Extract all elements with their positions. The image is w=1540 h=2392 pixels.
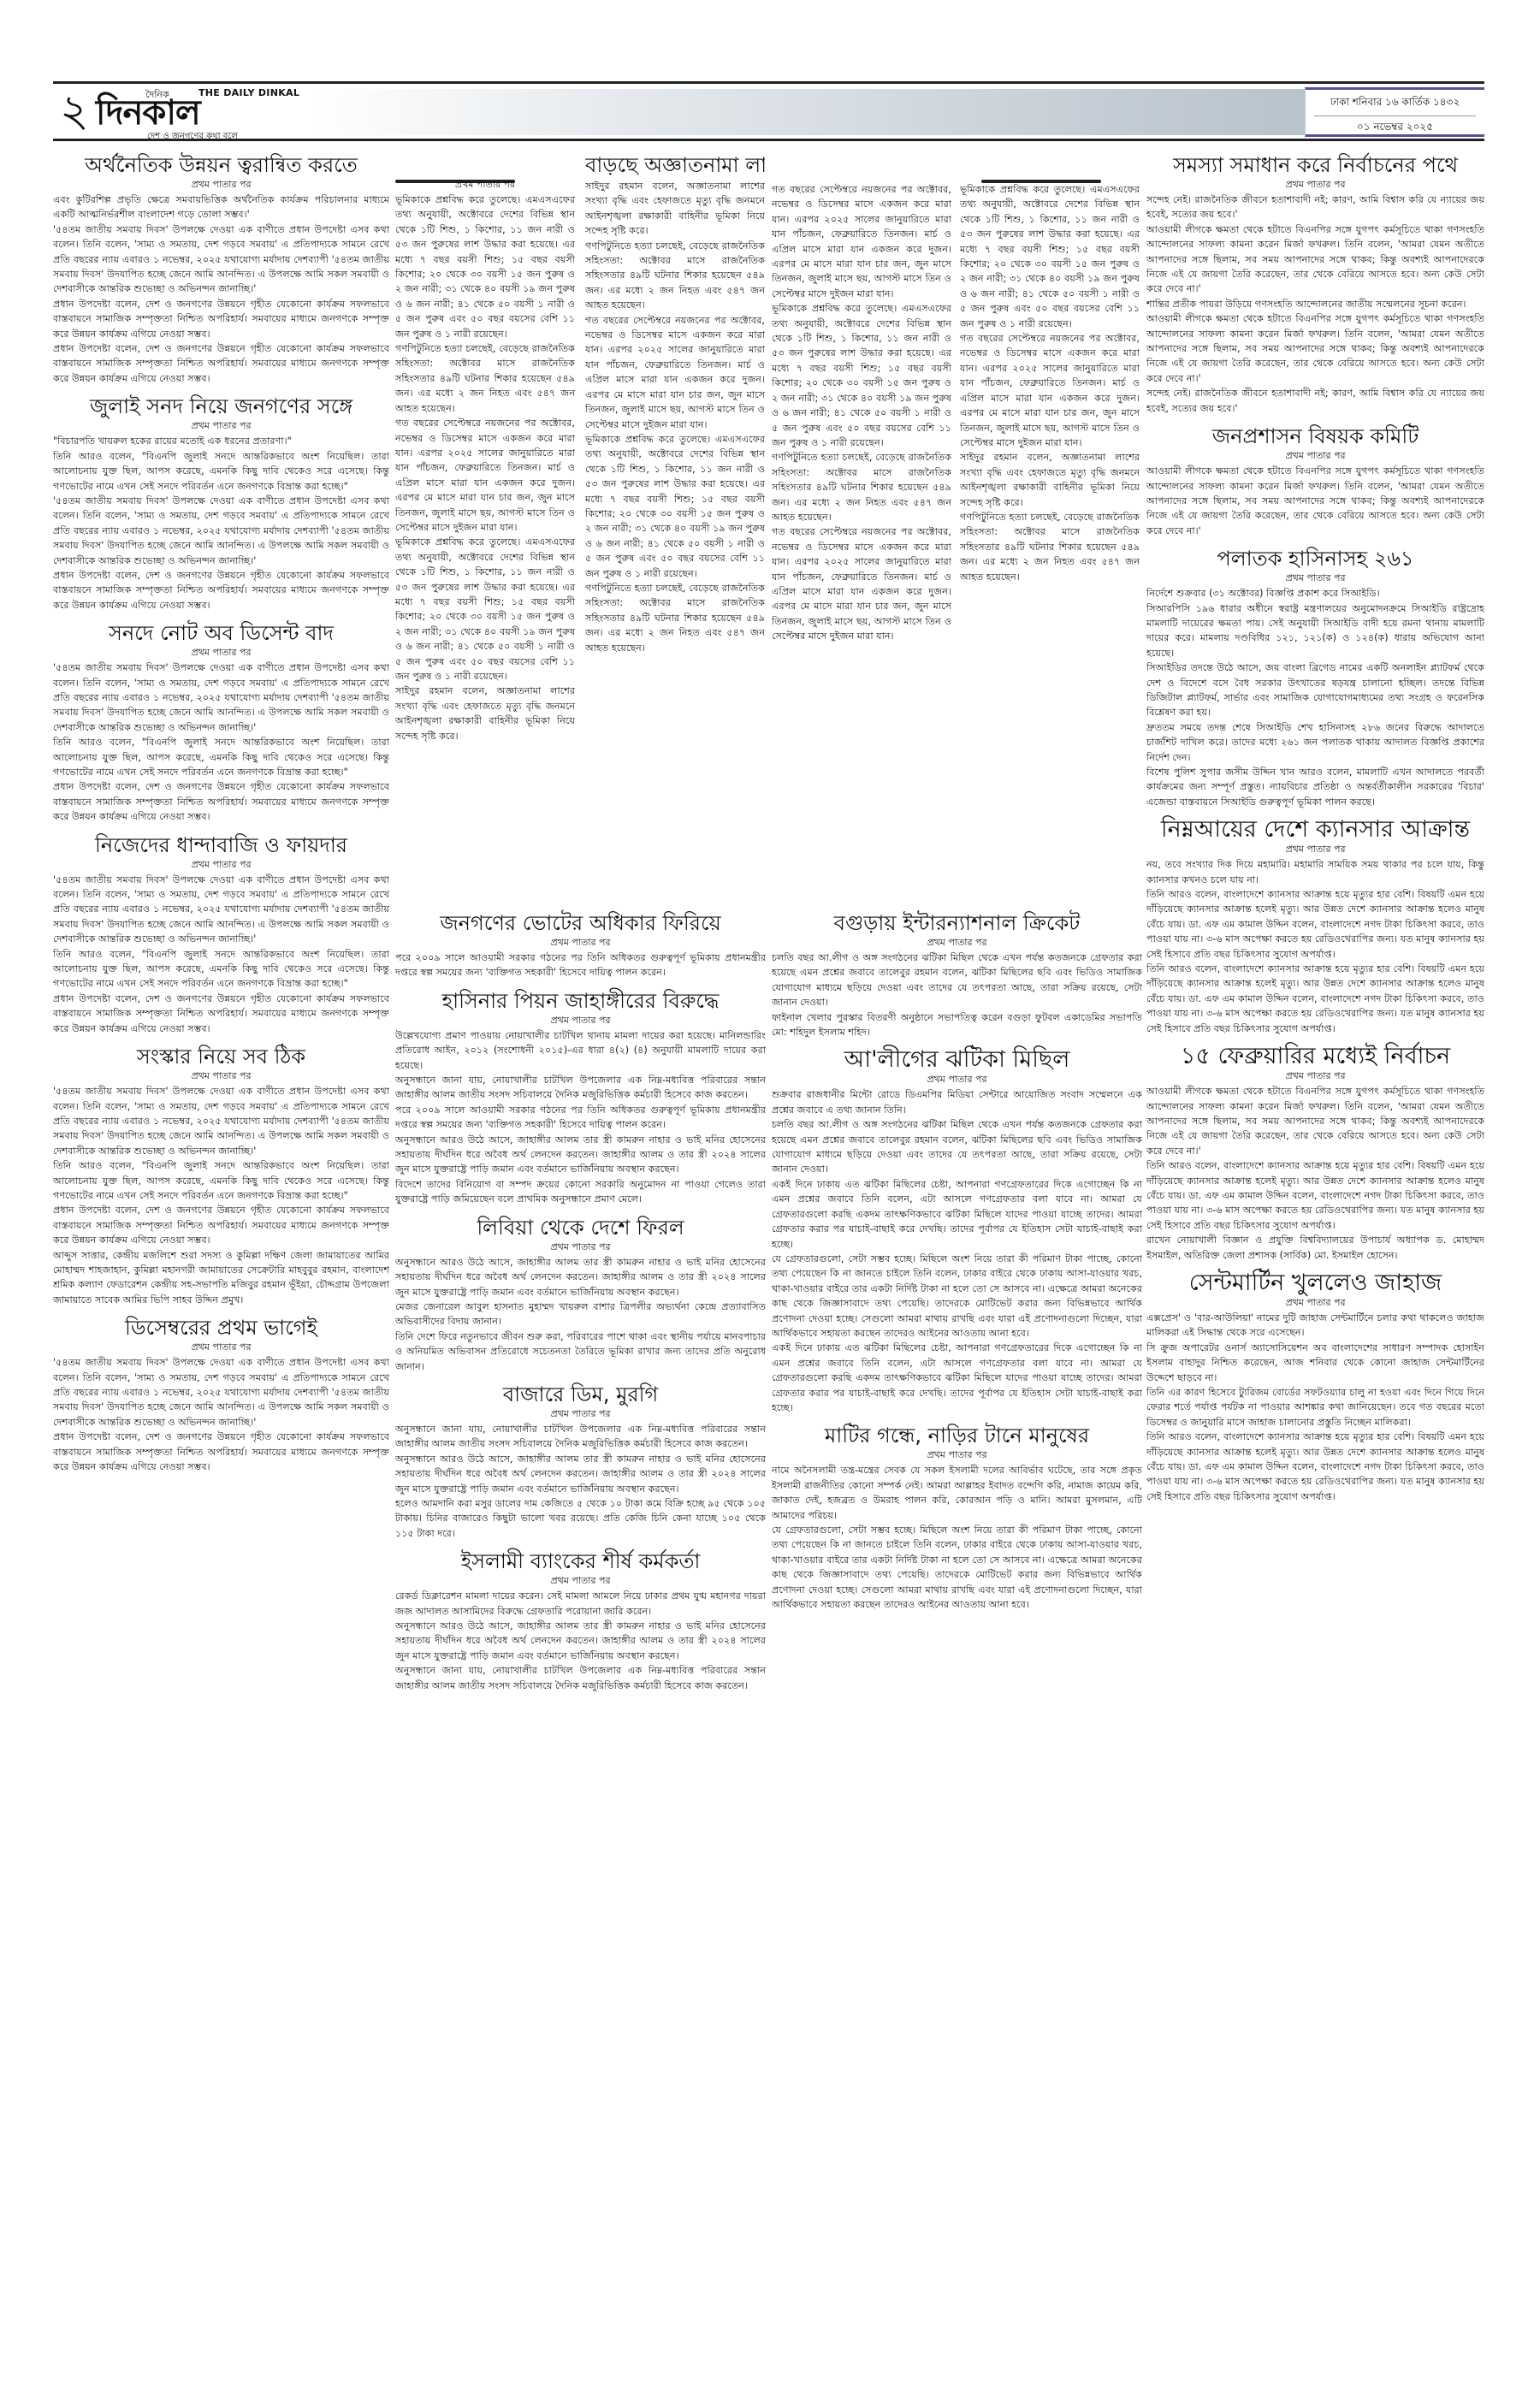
headline-a19: নিম্নআয়ের দেশে ক্যানসার আক্রান্ত (1146, 816, 1484, 844)
column-1: অর্থনৈতিক উন্নয়ন ত্বরান্বিত করতে প্রথম … (53, 151, 389, 2367)
article-paragraph: আওয়ামী লীগকে ক্ষমতা থেকে হটাতে বিএনপির … (1146, 311, 1484, 386)
article-paragraph: অনুসন্ধানে আরও উঠে আসে, জাহাঙ্গীর আলম তা… (395, 1255, 766, 1300)
article-paragraph: তিনি আরও বলেন, বাংলাদেশে ক্যানসার আক্রান… (1146, 887, 1484, 962)
headline-a3: সমস্যা সমাধান করে নির্বাচনের পথে (1146, 151, 1484, 179)
headline-a9: জনগণের ভোটের অধিকার ফিরিয়ে (395, 909, 766, 937)
article-paragraph: তিনি আরও বলেন, "বিএনপি জুলাই সনদে আন্তরি… (53, 449, 389, 494)
article-paragraph: '৫৪তম জাতীয় সমবায় দিবস' উপলক্ষে দেওয়া… (53, 873, 389, 947)
article-paragraph: যে গ্রেফতারগুলো, সেটা সম্ভব হচ্ছে। মিছিল… (772, 1252, 1142, 1341)
masthead: ২ দৈনিক THE DAILY DINKAL দিনকাল দেশ ও জন… (53, 81, 1484, 141)
article-paragraph: তিনি এর কারণ হিসেবে ট্যুরিজম বোর্ডের সফট… (1146, 1385, 1484, 1430)
headline-a13: ইসলামী ব্যাংকের শীর্ষ কর্মকর্তা (395, 1548, 766, 1575)
article-paragraph: গণপিটুনিতে হত্যা চলছেই, বেড়েছে রাজনৈতিক… (395, 341, 575, 416)
article-paragraph: তিনি আরও বলেন, "বিএনপি জুলাই সনদে আন্তরি… (53, 1158, 389, 1203)
headline-a14: বগুড়ায় ইন্টারন্যাশনাল ক্রিকেট (772, 909, 1142, 937)
article-paragraph: রাখেন নোয়াখালী বিজ্ঞান ও প্রযুক্তি বিশ্… (1146, 1233, 1484, 1263)
article-paragraph: গণপিটুনিতে হত্যা চলছেই, বেড়েছে রাজনৈতিক… (960, 510, 1140, 584)
column-2a: প্রথম পাতার পর ভূমিকাকে প্রশ্নবিদ্ধ করে … (395, 151, 575, 870)
page-number: ২ (60, 87, 89, 135)
article-paragraph: রেকর্ড ডিক্লারেশন মামলা দায়ের করেন। সেই… (395, 1589, 766, 1619)
article-paragraph: সাইদুর রহমান বলেন, অজ্ঞাতনামা লাশের সংখ্… (960, 450, 1140, 510)
article-paragraph: এক্সপ্রেস' ও 'বার-আউলিয়া' নামের দুটি জা… (1146, 1311, 1484, 1341)
article-paragraph: তিনি আরও বলেন, বাংলাদেশে ক্যানসার আক্রান… (1146, 1158, 1484, 1233)
article-paragraph: প্রধান উপদেষ্টা বলেন, দেশ ও জনগণের উন্নয… (53, 1203, 389, 1247)
article-paragraph: আওয়ামী লীগকে ক্ষমতা থেকে হটাতে বিএনপির … (1146, 1084, 1484, 1158)
continued-label: প্রথম পাতার পর (53, 647, 389, 659)
column-3a: গত বছরের সেপ্টেম্বরে নয়জনের পর অক্টোবর,… (772, 182, 951, 901)
article-paragraph: প্রধান উপদেষ্টা বলেন, দেশ ও জনগণের উন্নয… (53, 568, 389, 613)
article-paragraph: প্রধান উপদেষ্টা বলেন, দেশ ও জনগণের উন্নয… (53, 1430, 389, 1474)
article-paragraph: অনুসন্ধানে জানা যায়, নোয়াখালীর চাটখিল … (395, 1073, 766, 1103)
article-paragraph: ভূমিকাকে প্রশ্নবিদ্ধ করে তুলেছে। এমএসএফে… (395, 192, 575, 341)
article-paragraph: গত বছরের সেপ্টেম্বরে নয়জনের পর অক্টোবর,… (960, 331, 1140, 450)
headline-a10: হাসিনার পিয়ন জাহাঙ্গীরের বিরুদ্ধে (395, 987, 766, 1015)
headline-a18: পলাতক হাসিনাসহ ২৬১ (1146, 545, 1484, 572)
article-paragraph: সন্দেহ নেই। রাজনৈতিক জীবনে হতাশাবাদী নই;… (1146, 386, 1484, 416)
headline-a2: বাড়ছে অজ্ঞাতনামা লাশ (585, 151, 765, 179)
continued-label: প্রথম পাতার পর (1146, 844, 1484, 856)
article-paragraph: মেজর জেনারেল আবুল হাসনাত মুহাম্মদ খায়রু… (395, 1300, 766, 1329)
continued-label: প্রথম পাতার পর (1146, 572, 1484, 584)
article-paragraph: শুক্রবার রাজধানীর মিন্টো রোডে ডিএমপির মি… (772, 1087, 1142, 1117)
article-paragraph: একই দিনে ঢাকায় এত ঝটিকা মিছিলের চেষ্টা,… (772, 1177, 1142, 1252)
article-paragraph: সি ক্রুজ অপারেটর ওনার্স অ্যাসোসিয়েশন অব… (1146, 1341, 1484, 1385)
article-paragraph: তিনি আরও বলেন, "বিএনপি জুলাই সনদে আন্তরি… (53, 735, 389, 779)
article-paragraph: প্রধান উপদেষ্টা বলেন, দেশ ও জনগণের উন্নয… (53, 779, 389, 824)
article-paragraph: সন্দেহ নেই। রাজনৈতিক জীবনে হতাশাবাদী নই;… (1146, 192, 1484, 222)
continued-label: প্রথম পাতার পর (1146, 1297, 1484, 1309)
headline-a6: নিজেদের ধান্দাবাজি ও ফায়দার (53, 832, 389, 859)
article-paragraph: '৫৪তম জাতীয় সমবায় দিবস' উপলক্ষে দেওয়া… (53, 660, 389, 735)
article-paragraph: আওয়ামী লীগকে ক্ষমতা থেকে হটাতে বিএনপির … (1146, 464, 1484, 538)
headline-a8: ডিসেম্বরের প্রথম ভাগেই (53, 1314, 389, 1341)
continued-label: প্রথম পাতার পর (772, 937, 1142, 949)
newspaper-logo: দৈনিক THE DAILY DINKAL দিনকাল দেশ ও জনগণ… (96, 86, 318, 140)
article-paragraph: গত বছরের সেপ্টেম্বরে নয়জনের পর অক্টোবর,… (585, 313, 765, 432)
article-paragraph: নির্দেশে শুক্রবার (৩১ অক্টোবর) বিজ্ঞপ্তি… (1146, 586, 1484, 601)
article-paragraph: একই দিনে ঢাকায় এত ঝটিকা মিছিলের চেষ্টা,… (772, 1341, 1142, 1415)
article-paragraph: গত বছরের সেপ্টেম্বরে নয়জনের পর অক্টোবর,… (395, 416, 575, 535)
article-paragraph: '৫৪তম জাতীয় সমবায় দিবস' উপলক্ষে দেওয়া… (53, 222, 389, 297)
logo-name: দিনকাল (96, 94, 200, 132)
article-paragraph: ভূমিকাকে প্রশ্নবিদ্ধ করে তুলেছে। এমএসএফে… (772, 301, 951, 450)
article-paragraph: '৫৪তম জাতীয় সমবায় দিবস' উপলক্ষে দেওয়া… (53, 494, 389, 568)
article-paragraph: অনুসন্ধানে আরও উঠে আসে, জাহাঙ্গীর আলম তা… (395, 1619, 766, 1663)
headline-a17: জনপ্রশাসন বিষয়ক কমিটি (1146, 423, 1484, 450)
article-paragraph: ভূমিকাকে প্রশ্নবিদ্ধ করে তুলেছে। এমএসএফে… (395, 535, 575, 684)
article-paragraph: বিদেশে তাদের বিনিয়োগ বা সম্পদ ক্রয়ের ক… (395, 1177, 766, 1207)
column-2b: বাড়ছে অজ্ঞাতনামা লাশ সাইদুর রহমান বলেন,… (585, 151, 765, 870)
article-paragraph: উল্লেখযোগ্য প্রমাণ পাওয়ায় নোয়াখালীর চ… (395, 1028, 766, 1073)
column-2-lower: জনগণের ভোটের অধিকার ফিরিয়ে প্রথম পাতার … (395, 903, 766, 2370)
continued-label: প্রথম পাতার পর (1146, 1070, 1484, 1082)
article-paragraph: অনুসন্ধানে জানা যায়, নোয়াখালীর চাটখিল … (395, 1663, 766, 1693)
article-paragraph: গণপিটুনিতে হত্যা চলছেই, বেড়েছে রাজনৈতিক… (585, 239, 765, 313)
article-paragraph: ফাইনাল খেলার পুরস্কার বিতরণী অনুষ্ঠানে স… (772, 1010, 1142, 1040)
headline-a5: সনদে নোট অব ডিসেন্ট বাদ (53, 619, 389, 647)
article-paragraph: '৫৪তম জাতীয় সমবায় দিবস' উপলক্ষে দেওয়া… (53, 1084, 389, 1158)
date-box: ঢাকা শনিবার ১৬ কার্তিক ১৪৩২ ০১ নভেম্বর ২… (1305, 87, 1484, 137)
headline-a16: মাটির গন্ধে, নাড়ির টানে মানুষের (772, 1422, 1142, 1449)
continued-label: প্রথম পাতার পর (395, 1575, 766, 1587)
headline-a12: বাজারে ডিম, মুরগি (395, 1381, 766, 1408)
continued-label: প্রথম পাতার পর (395, 1241, 766, 1253)
column-4: সমস্যা সমাধান করে নির্বাচনের পথে প্রথম প… (1146, 151, 1484, 2367)
article-paragraph: চলতি বছর আ.লীগ ও অঙ্গ সংগঠনের ঝটিকা মিছি… (772, 950, 1142, 1010)
article-paragraph: শান্তির প্রতীক পায়রা উড়িয়ে গণসংহতি আন… (1146, 297, 1484, 311)
article-paragraph: চলতি বছর আ.লীগ ও অঙ্গ সংগঠনের ঝটিকা মিছি… (772, 1117, 1142, 1177)
article-paragraph: নয়, তবে সংখ্যার দিক দিয়ে মহামারি। মহাম… (1146, 857, 1484, 887)
continued-label: প্রথম পাতার পর (395, 1408, 766, 1420)
continued-label: প্রথম পাতার পর (772, 1449, 1142, 1461)
article-paragraph: পরে ২০০৯ সালে আওয়ামী সরকার গঠনের পর তিন… (395, 1103, 766, 1133)
headline-a1: অর্থনৈতিক উন্নয়ন ত্বরান্বিত করতে (53, 151, 389, 179)
continued-label: প্রথম পাতার পর (772, 1074, 1142, 1086)
article-paragraph: ভূমিকাকে প্রশ্নবিদ্ধ করে তুলেছে। এমএসএফে… (960, 182, 1140, 331)
article-paragraph: তিনি আরও বলেন, "বিএনপি জুলাই সনদে আন্তরি… (53, 947, 389, 992)
continued-label: প্রথম পাতার পর (395, 1015, 766, 1027)
article-paragraph: "বিচারপতি খায়রুল হকের রায়ের মতোই এক ধর… (53, 434, 389, 448)
headline-a4: জুলাই সনদ নিয়ে জনগণের সঙ্গে (53, 393, 389, 420)
article-paragraph: তিনি আরও বলেন, বাংলাদেশে ক্যানসার আক্রান… (1146, 962, 1484, 1036)
continued-label: প্রথম পাতার পর (53, 179, 389, 191)
article-paragraph: প্রধান উপদেষ্টা বলেন, দেশ ও জনগণের উন্নয… (53, 341, 389, 386)
continued-label: প্রথম পাতার পর (395, 937, 766, 949)
continued-label: প্রথম পাতার পর (1146, 450, 1484, 462)
article-paragraph: প্রধান উপদেষ্টা বলেন, দেশ ও জনগণের উন্নয… (53, 992, 389, 1036)
article-paragraph: বিশেষ পুলিশ সুপার জসীম উদ্দিন খান আরও বল… (1146, 765, 1484, 809)
article-paragraph: সিআইডির তদন্তে উঠে আসে, জয় বাংলা ব্রিগে… (1146, 660, 1484, 720)
continued-label: প্রথম পাতার পর (53, 1341, 389, 1353)
article-paragraph: সাইদুর রহমান বলেন, অজ্ঞাতনামা লাশের সংখ্… (395, 684, 575, 743)
masthead-gradient-band (310, 89, 1319, 135)
article-paragraph: গণপিটুনিতে হত্যা চলছেই, বেড়েছে রাজনৈতিক… (585, 581, 765, 655)
column-3b: ভূমিকাকে প্রশ্নবিদ্ধ করে তুলেছে। এমএসএফে… (960, 182, 1140, 901)
article-paragraph: সিআরপিসি ১৯৬ ধারার অধীনে স্বরাষ্ট্র মন্ত… (1146, 601, 1484, 661)
logo-tagline: দেশ ও জনগণের কথা বলে (147, 130, 238, 145)
column-3-lower: বগুড়ায় ইন্টারন্যাশনাল ক্রিকেট প্রথম পা… (772, 903, 1142, 2370)
logo-english-name: THE DAILY DINKAL (198, 87, 299, 98)
continued-label: প্রথম পাতার পর (395, 179, 575, 191)
article-paragraph: দ্রুততম সময়ে তদন্ত শেষে সিআইডি শেখ হাসি… (1146, 720, 1484, 765)
continued-label: প্রথম পাতার পর (53, 1070, 389, 1082)
headline-a15: আ'লীগের ঝটিকা মিছিল (772, 1046, 1142, 1074)
article-paragraph: গত বছরের সেপ্টেম্বরে নয়জনের পর অক্টোবর,… (772, 524, 951, 643)
english-date: ০১ নভেম্বর ২০২৫ (1306, 116, 1484, 137)
article-paragraph: গণপিটুনিতে হত্যা চলছেই, বেড়েছে রাজনৈতিক… (772, 450, 951, 524)
article-paragraph: যে গ্রেফতারগুলো, সেটা সম্ভব হচ্ছে। মিছিল… (772, 1523, 1142, 1612)
bangla-date: ঢাকা শনিবার ১৬ কার্তিক ১৪৩২ (1314, 90, 1476, 116)
article-paragraph: হলেও আমদানি করা মসুর ডালের দাম কেজিতে ৫ … (395, 1496, 766, 1541)
article-paragraph: এবং কুটিরশিল্প প্রভৃতি ক্ষেত্রে সমবায়ভি… (53, 192, 389, 222)
article-paragraph: পরে ২০০৯ সালে আওয়ামী সরকার গঠনের পর তিন… (395, 950, 766, 980)
article-paragraph: অনুসন্ধানে আরও উঠে আসে, জাহাঙ্গীর আলম তা… (395, 1133, 766, 1177)
article-paragraph: ভূমিকাকে প্রশ্নবিদ্ধ করে তুলেছে। এমএসএফে… (585, 432, 765, 581)
article-paragraph: আওয়ামী লীগকে ক্ষমতা থেকে হটাতে বিএনপির … (1146, 222, 1484, 297)
headline-a21: সেন্টমার্টিন খুললেও জাহাজ (1146, 1270, 1484, 1297)
article-paragraph: '৫৪তম জাতীয় সমবায় দিবস' উপলক্ষে দেওয়া… (53, 1355, 389, 1430)
headline-a7: সংস্কার নিয়ে সব ঠিক (53, 1043, 389, 1070)
continued-label: প্রথম পাতার পর (53, 420, 389, 432)
article-paragraph: অনুসন্ধানে আরও উঠে আসে, জাহাঙ্গীর আলম তা… (395, 1452, 766, 1496)
continued-label: প্রথম পাতার পর (53, 859, 389, 871)
article-paragraph: প্রধান উপদেষ্টা বলেন, দেশ ও জনগণের উন্নয… (53, 297, 389, 341)
article-paragraph: অনুসন্ধানে জানা যায়, নোয়াখালীর চাটখিল … (395, 1422, 766, 1452)
headline-a20: ১৫ ফেব্রুয়ারির মধ্যেই নির্বাচন (1146, 1043, 1484, 1070)
continued-label: প্রথম পাতার পর (1146, 179, 1484, 191)
article-paragraph: তিনি দেশে ফিরে নতুনভাবে জীবন শুরু করা, প… (395, 1329, 766, 1374)
article-paragraph: তিনি আরও বলেন, বাংলাদেশে ক্যানসার আক্রান… (1146, 1430, 1484, 1504)
article-paragraph: সাইদুর রহমান বলেন, অজ্ঞাতনামা লাশের সংখ্… (585, 179, 765, 239)
headline-a11: লিবিয়া থেকে দেশে ফিরল (395, 1214, 766, 1241)
article-paragraph: আব্দুস সাত্তার, কেন্দ্রীয় মজলিশে শুরা স… (53, 1248, 389, 1308)
article-paragraph: গত বছরের সেপ্টেম্বরে নয়জনের পর অক্টোবর,… (772, 182, 951, 301)
article-paragraph: নামে অনৈসলামী তন্ত্র-মন্ত্রের সেবক যে সক… (772, 1463, 1142, 1523)
